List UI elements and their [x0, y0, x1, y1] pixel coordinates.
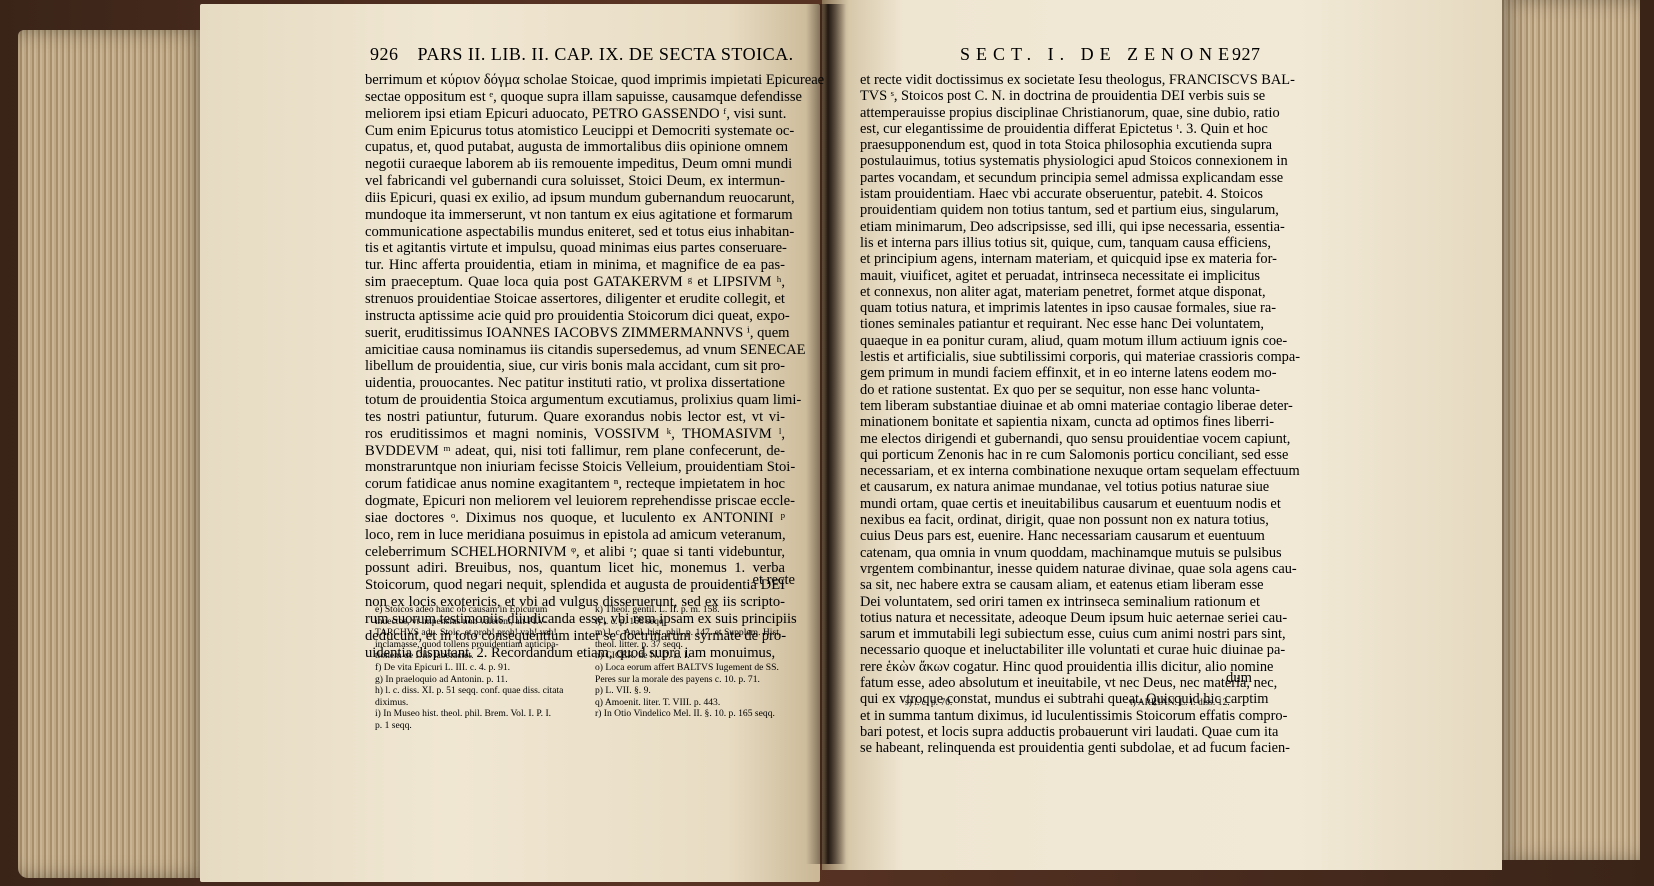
text-line: Dei voluntatem, sed oriri tamen ex intri…	[860, 594, 1260, 610]
footnote-line: inuectos, vt impensius non valerent, ait…	[375, 616, 590, 628]
footnote-line: e) Stoicos adeo hanc ob causam in Epicur…	[375, 604, 590, 616]
book-page-edges-left	[18, 30, 208, 878]
text-line: quaeque in ea ponitur curam, aliud, quam…	[860, 333, 1260, 349]
text-line: do et ratione sustentat. Ex quo per se s…	[860, 382, 1260, 398]
text-line: vrgentem combinantur, inesse quidem natu…	[860, 561, 1260, 577]
text-line: monstraruntque non iniuriam fecisse Stoi…	[365, 459, 785, 476]
text-line: dogmate, Epicuri non meliorem vel leuior…	[365, 493, 785, 510]
left-footnotes-col1: e) Stoicos adeo hanc ob causam in Epicur…	[375, 604, 590, 732]
text-line: berrimum et κύριον δόγμα scholae Stoicae…	[365, 72, 785, 89]
text-line: lis et interna pars illius totius sit, q…	[860, 235, 1260, 251]
footnote-line: theol. litter. p. 37 seqq.	[595, 639, 815, 651]
text-line: sectae oppositum est ᵉ, quoque supra ill…	[365, 89, 785, 106]
text-line: amicitiae causa nominamus iis citandis s…	[365, 342, 785, 359]
text-line: lestis et artificialis, siue subtilissim…	[860, 349, 1260, 365]
text-line: bari potest, et locis supra adductis pro…	[860, 724, 1260, 740]
footnote-line: s) l. c. p. 70.	[905, 697, 1105, 709]
text-line: se habeant, relinquenda est prouidentia …	[860, 740, 1260, 756]
text-line: et in summa tantum diximus, id luculenti…	[860, 708, 1260, 724]
text-line: me electos dirigendi et gubernandi, quo …	[860, 431, 1260, 447]
text-line: TVS ˢ, Stoicos post C. N. in doctrina de…	[860, 88, 1260, 104]
footnote-line: r) In Otio Vindelico Mel. II. §. 10. p. …	[595, 708, 815, 720]
text-line: vel fabricandi vel gubernandi cura solui…	[365, 173, 785, 190]
footnote-line: o) Loca eorum affert BALTVS Iugement de …	[595, 662, 815, 674]
text-line: cuius Deus pars est, euenire. Hanc neces…	[860, 528, 1260, 544]
footnote-line: tionem de Diis labefactet.	[375, 650, 590, 662]
book-gutter	[806, 4, 846, 864]
text-line: corum fatidicae anus nomine exagitantem …	[365, 476, 785, 493]
text-line: Cum enim Epicurus totus atomistico Leuci…	[365, 123, 785, 140]
footnote-line: diximus.	[375, 697, 590, 709]
text-line: strenuos prouidentiae Stoicae assertores…	[365, 291, 785, 308]
footnote-line: p) L. VII. §. 9.	[595, 685, 815, 697]
text-line: communicatione aspectabilis mundus enite…	[365, 224, 785, 241]
text-line: partes vocandam, et secundum principia s…	[860, 170, 1260, 186]
text-line: catenam, qua omnia in vnum quoddam, mach…	[860, 545, 1260, 561]
left-catchword-wrap: et recte	[365, 572, 795, 589]
footnote-line: p. 1 seqq.	[375, 720, 590, 732]
right-catchword: dum	[860, 670, 1252, 687]
text-line: diis Epicuri, quasi ex exilio, ad ipsum …	[365, 190, 785, 207]
text-line: totius natura et necessitate, adeoque De…	[860, 610, 1260, 626]
right-running-title: SECT. I. DE ZENONE.	[960, 44, 1246, 64]
text-line: necessariam, et ex interna combinatione …	[860, 463, 1260, 479]
text-line: prouidentiam quidem non totius tantum, s…	[860, 202, 1260, 218]
text-line: et connexus, non aliter agat, materiam p…	[860, 284, 1260, 300]
text-line: ros eruditissimos et magni nominis, VOSS…	[365, 426, 785, 443]
text-line: mundoque ita immerserunt, vt non tantum …	[365, 207, 785, 224]
book-page-edges-right	[1500, 0, 1640, 860]
text-line: sa sit, nec habere extra se causam aliam…	[860, 577, 1260, 593]
footnote-line: f) De vita Epicuri L. III. c. 4. p. 91.	[375, 662, 590, 674]
footnote-line: t) ARRIAN. L. I. diss. 12.	[1130, 697, 1330, 709]
text-line: mauit, viuificet, agitet et peruadat, in…	[860, 268, 1260, 284]
text-line: et principium agens, internam materiam, …	[860, 251, 1260, 267]
text-line: cupatus, et, quod putabat, augusta de im…	[365, 139, 785, 156]
left-page-number: 926	[370, 44, 399, 64]
text-line: tis et agitantis virtute et impulsu, quo…	[365, 240, 785, 257]
text-line: istam prouidentiam. Haec vbi accurate ob…	[860, 186, 1260, 202]
text-line: et causarum, ex natura animae mundanae, …	[860, 479, 1260, 495]
text-line: siae doctores ᵒ. Diximus nos quoque, et …	[365, 510, 785, 527]
footnote-line: l) l. c. p. 166 seqq.	[595, 616, 815, 628]
right-running-head: SECT. I. DE ZENONE. 927	[960, 44, 1260, 65]
footnote-line: i) In Museo hist. theol. phil. Brem. Vol…	[375, 708, 590, 720]
footnote-line: k) Theol. gentil. L. II. p. m. 158.	[595, 604, 815, 616]
text-line: libellum de prouidentia, siue, cur viris…	[365, 358, 785, 375]
text-line: quam totius natura, et imprimis latentes…	[860, 300, 1260, 316]
text-line: negotii curaeque laborem ab iis remouent…	[365, 156, 785, 173]
footnote-line: n) CICER. de N. D. L. I.	[595, 650, 815, 662]
text-line: tem liberam substantiae diuinae et ab om…	[860, 398, 1260, 414]
left-catchword: et recte	[365, 572, 795, 589]
text-line: et recte vidit doctissimus ex societate …	[860, 72, 1260, 88]
text-line: totum de prouidentia Stoica argumentum e…	[365, 392, 785, 409]
text-line: sim praeceptum. Quae loca quia post GATA…	[365, 274, 785, 291]
text-line: minationem bonitate et sapientia nixam, …	[860, 414, 1260, 430]
footnote-line: h) l. c. diss. XI. p. 51 seqq. conf. qua…	[375, 685, 590, 697]
footnote-line: m) l. c. Anal. hist. phil. p. 147. et Su…	[595, 627, 815, 639]
text-line: gem primum in mundi faciem effinxit, et …	[860, 365, 1260, 381]
text-line: meliorem ipsi etiam Epicuri aduocato, PE…	[365, 106, 785, 123]
text-line: necessario quoque et ineluctabiliter ill…	[860, 642, 1260, 658]
text-line: uidentia, prouocantes. Nec patitur insti…	[365, 375, 785, 392]
left-running-title: PARS II. LIB. II. CAP. IX. DE SECTA STOI…	[418, 44, 794, 64]
text-line: loco, rem in luce meridiana posuimus in …	[365, 527, 785, 544]
text-line: est, cur elegantissime de prouidentia di…	[860, 121, 1260, 137]
right-body-text: et recte vidit doctissimus ex societate …	[860, 72, 1260, 756]
footnote-line: q) Amoenit. liter. T. VIII. p. 443.	[595, 697, 815, 709]
right-page-number: 927	[1232, 44, 1261, 65]
text-line: etiam minimarum, Deo adscripsisse, sed i…	[860, 219, 1260, 235]
left-footnotes-col2: k) Theol. gentil. L. II. p. m. 158.l) l.…	[595, 604, 815, 720]
footnote-line: inclamasse, quod tollens prouidentiam an…	[375, 639, 590, 651]
footnote-line: g) In praeloquio ad Antonin. p. 11.	[375, 674, 590, 686]
text-line: nexibus ea facit, ordinat, dirigit, quae…	[860, 512, 1260, 528]
right-catchword-wrap: dum	[860, 670, 1252, 687]
text-line: postulauimus, totius systematis physiolo…	[860, 153, 1260, 169]
text-line: attemperauisse propius disciplinae Chris…	[860, 105, 1260, 121]
text-line: celeberrimum SCHELHORNIVM ᵠ, et alibi ʳ;…	[365, 544, 785, 561]
left-running-head: 926 PARS II. LIB. II. CAP. IX. DE SECTA …	[370, 44, 794, 65]
text-line: mundi ortam, quae certis et ineuitabilib…	[860, 496, 1260, 512]
text-line: tur. Hinc afferta prouidentia, etiam in …	[365, 257, 785, 274]
text-line: tiones seminales patiantur et requirant.…	[860, 316, 1260, 332]
right-footnotes-col1: s) l. c. p. 70.	[905, 697, 1105, 709]
text-line: praesupponendum est, quod in tota Stoica…	[860, 137, 1260, 153]
footnote-line: TARCHVS adu. Stoic. et proh! proh! vah! …	[375, 627, 590, 639]
text-line: suerit, eruditissimus IOANNES IACOBVS ZI…	[365, 325, 785, 342]
right-footnotes-col2: t) ARRIAN. L. I. diss. 12.	[1130, 697, 1330, 709]
text-line: BVDDEVM ᵐ adeat, qui, nisi toti fallimur…	[365, 443, 785, 460]
footnote-line: Peres sur la morale des payens c. 10. p.…	[595, 674, 815, 686]
text-line: sarum et immutabili legi subiectum esse,…	[860, 626, 1260, 642]
text-line: tes nostri patiuntur, futurum. Quare exo…	[365, 409, 785, 426]
text-line: instructa aptissime acie quid pro prouid…	[365, 308, 785, 325]
text-line: qui porticum Zenonis hac in re cum Salom…	[860, 447, 1260, 463]
